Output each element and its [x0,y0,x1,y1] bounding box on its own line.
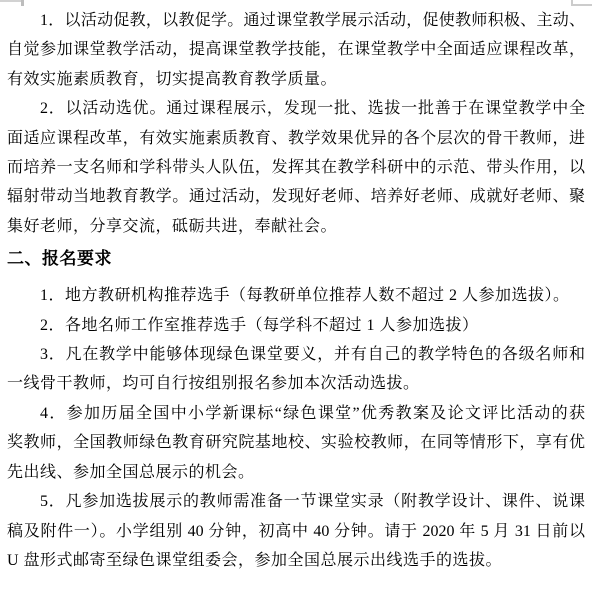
paragraph-1-line-3: 有效实施素质教育，切实提高教育教学质量。 [7,65,585,94]
list-item-1-line-1: 1．地方教研机构推荐选手（每教研单位推荐人数不超过 2 人参加选拔）。 [7,281,585,310]
paragraph-1-line-2: 自觉参加课堂教学活动，提高课堂教学技能，在课堂教学中全面适应课程改革， [7,35,585,64]
paragraph-2-line-1: 2．以活动选优。通过课程展示，发现一批、选拔一批善于在课堂教学中全 [7,94,585,123]
list-item-4-line-1: 4．参加历届全国中小学新课标“绿色课堂”优秀教案及论文评比活动的获 [7,399,585,428]
list-item-4-line-3: 先出线、参加全国总展示的机会。 [7,458,585,487]
list-item-5-line-3: U 盘形式邮寄至绿色课堂组委会，参加全国总展示出线选手的选拔。 [7,546,585,575]
paragraph-2-line-2: 面适应课程改革，有效实施素质教育、教学效果优异的各个层次的骨干教师，进 [7,124,585,153]
list-item-5-line-1: 5．凡参加选拔展示的教师需准备一节课堂实录（附教学设计、课件、说课 [7,487,585,516]
list-item-2-line-1: 2．各地名师工作室推荐选手（每学科不超过 1 人参加选拔） [7,311,585,340]
list-item-5-line-2: 稿及附件一）。小学组别 40 分钟，初高中 40 分钟。请于 2020 年 5 … [7,517,585,546]
document-body: 1．以活动促教，以教促学。通过课堂教学展示活动，促使教师积极、主动、 自觉参加课… [7,6,585,575]
list-item-4-line-2: 奖教师，全国教师绿色教育研究院基地校、实验校教师，在同等情形下，享有优 [7,428,585,457]
section-heading-registration-requirements: 二、报名要求 [7,241,585,277]
requirements-list: 1．地方教研机构推荐选手（每教研单位推荐人数不超过 2 人参加选拔）。 2．各地… [7,281,585,575]
document-page: 1．以活动促教，以教促学。通过课堂教学展示活动，促使教师积极、主动、 自觉参加课… [0,0,592,601]
list-item-3-line-1: 3．凡在教学中能够体现绿色课堂要义，并有自己的教学特色的各级名师和 [7,340,585,369]
paragraph-2-line-4: 辐射带动当地教育教学。通过活动，发现好老师、培养好老师、成就好老师、聚 [7,182,585,211]
paragraph-2-line-3: 而培养一支名师和学科带头人队伍，发挥其在教学科研中的示范、带头作用，以 [7,153,585,182]
list-item-3-line-2: 一线骨干教师，均可自行按组别报名参加本次活动选拔。 [7,369,585,398]
paragraph-1-line-1: 1．以活动促教，以教促学。通过课堂教学展示活动，促使教师积极、主动、 [7,6,585,35]
cropped-border-fragment-top-left-horizontal [0,0,23,2]
paragraph-2-line-5: 集好老师，分享交流，砥砺共进，奉献社会。 [7,212,585,241]
